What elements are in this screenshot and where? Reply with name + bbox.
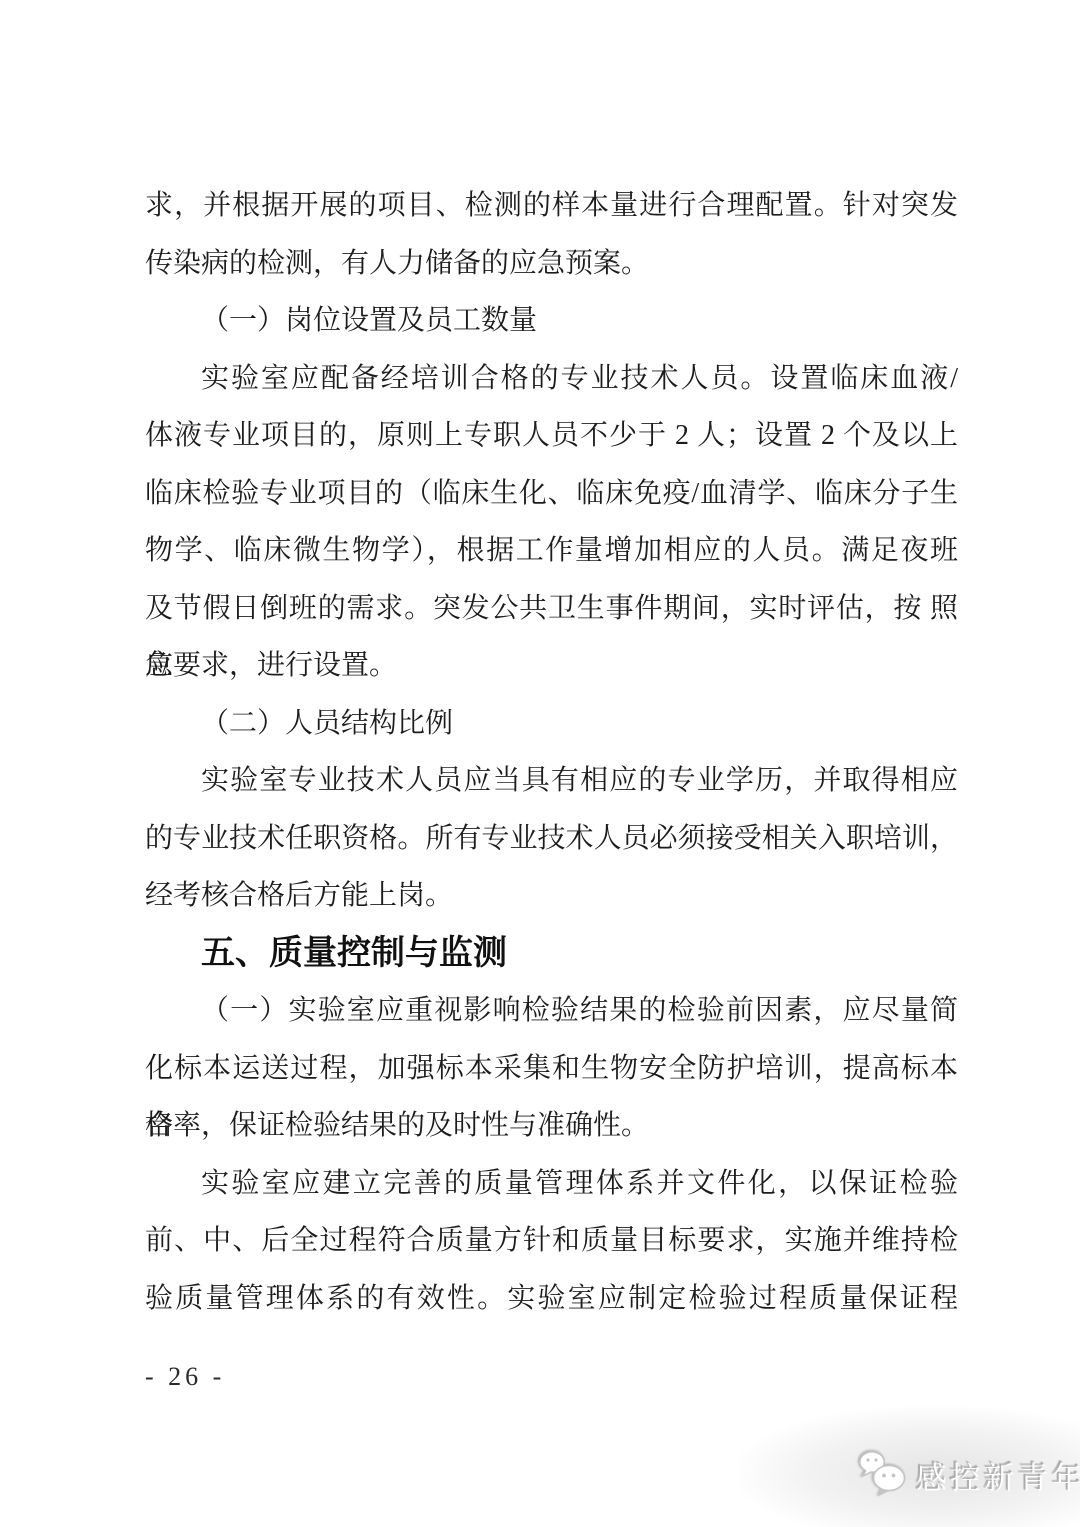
text-line: 及节假日倒班的需求。突发公共卫生事件期间，实时评估，按 照应 (145, 580, 958, 638)
text-line: 前、中、后全过程符合质量方针和质量目标要求，实施并维持检 (145, 1212, 958, 1270)
text-line: 体液专业项目的，原则上专职人员不少于 2 人；设置 2 个及以上 (145, 407, 958, 465)
document-page: 求，并根据开展的项目、检测的样本量进行合理配置。针对突发传染病的检测，有人力储备… (0, 0, 1080, 1527)
text-line: 的专业技术任职资格。所有专业技术人员必须接受相关入职培训， (145, 810, 958, 868)
text-line: 临床检验专业项目的（临床生化、临床免疫/血清学、临床分子生 (145, 465, 958, 523)
watermark-text: 感控新青年 (916, 1453, 1080, 1498)
document-text-block: 求，并根据开展的项目、检测的样本量进行合理配置。针对突发传染病的检测，有人力储备… (145, 177, 958, 1327)
wechat-chat-bubbles-icon (858, 1450, 908, 1500)
text-line: 实验室应配备经培训合格的专业技术人员。设置临床血液/ (145, 350, 958, 408)
text-line: 经考核合格后方能上岗。 (145, 867, 958, 925)
text-line: 物学、临床微生物学），根据工作量增加相应的人员。满足夜班 (145, 522, 958, 580)
text-line: 化标本运送过程，加强标本采集和生物安全防护培训，提高标本 合 (145, 1040, 958, 1098)
text-line: 急要求，进行设置。 (145, 637, 958, 695)
page-number: - 26 - (145, 1362, 225, 1392)
watermark: 感控新青年 (858, 1450, 1080, 1500)
text-line: 实验室应建立完善的质量管理体系并文件化，以保证检验 (145, 1155, 958, 1213)
text-line: 传染病的检测，有人力储备的应急预案。 (145, 235, 958, 293)
text-line: 五、质量控制与监测 (145, 925, 958, 983)
text-line: （一）实验室应重视影响检验结果的检验前因素，应尽量简 (145, 982, 958, 1040)
text-line: 实验室专业技术人员应当具有相应的专业学历，并取得相应 (145, 752, 958, 810)
text-line: 求，并根据开展的项目、检测的样本量进行合理配置。针对突发 (145, 177, 958, 235)
text-line: 格率，保证检验结果的及时性与准确性。 (145, 1097, 958, 1155)
text-line: （一）岗位设置及员工数量 (145, 292, 958, 350)
text-line: （二）人员结构比例 (145, 695, 958, 753)
text-line: 验质量管理体系的有效性。实验室应制定检验过程质量保证程 (145, 1270, 958, 1328)
